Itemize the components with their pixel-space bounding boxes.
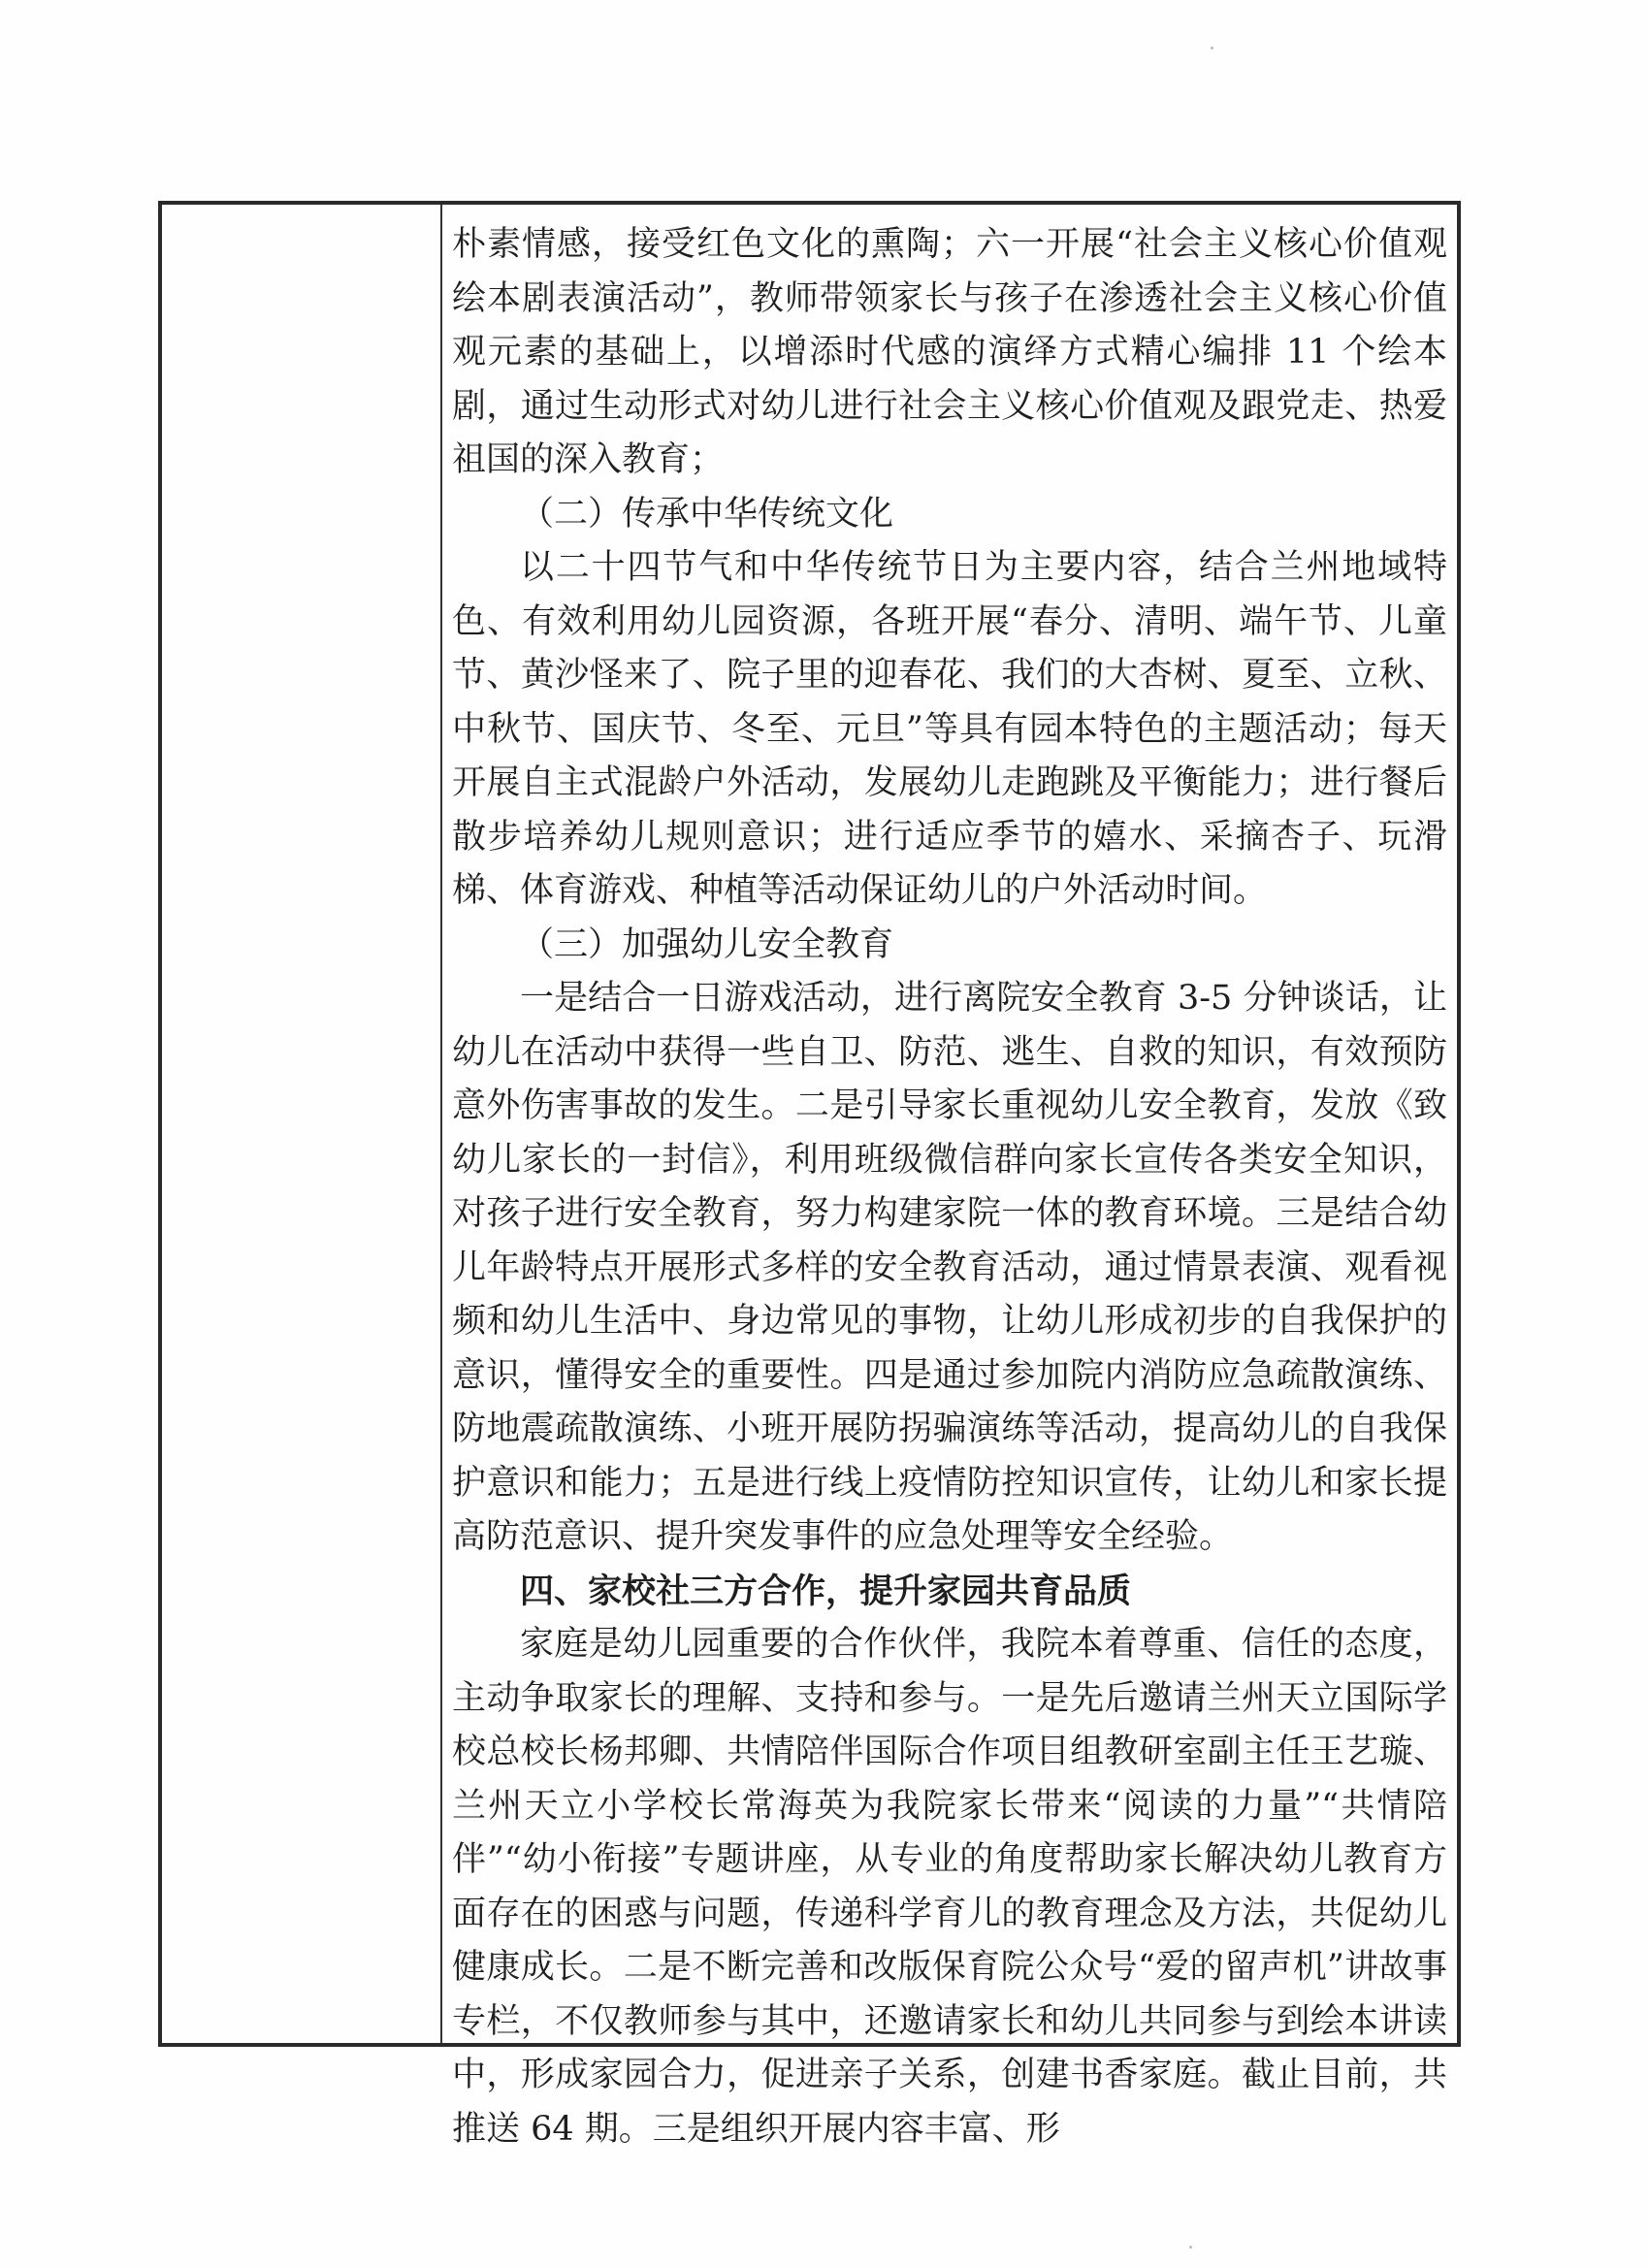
paragraph-traditional-culture: 以二十四节气和中华传统节日为主要内容，结合兰州地域特色、有效利用幼儿园资源，各班… xyxy=(452,541,1447,919)
paragraph-safety-education: 一是结合一日游戏活动，进行离院安全教育 3-5 分钟谈话，让幼儿在活动中获得一些… xyxy=(452,972,1447,1565)
heading-home-school-cooperation: 四、家校社三方合作，提升家园共育品质 xyxy=(452,1565,1447,1619)
paragraph-home-school-cooperation: 家庭是幼儿园重要的合作伙伴，我院本着尊重、信任的态度，主动争取家长的理解、支持和… xyxy=(452,1618,1447,2156)
table-content-cell: 朴素情感，接受红色文化的熏陶；六一开展“社会主义核心价值观绘本剧表演活动”，教师… xyxy=(442,205,1457,2043)
scan-speck xyxy=(1189,2246,1192,2249)
paragraph-continuation: 朴素情感，接受红色文化的熏陶；六一开展“社会主义核心价值观绘本剧表演活动”，教师… xyxy=(452,218,1447,488)
subheading-safety-education: （三）加强幼儿安全教育 xyxy=(452,919,1447,973)
table-left-cell xyxy=(162,205,442,2043)
scan-speck xyxy=(1211,47,1213,49)
subheading-traditional-culture: （二）传承中华传统文化 xyxy=(452,488,1447,542)
report-table: 朴素情感，接受红色文化的熏陶；六一开展“社会主义核心价值观绘本剧表演活动”，教师… xyxy=(158,201,1461,2047)
